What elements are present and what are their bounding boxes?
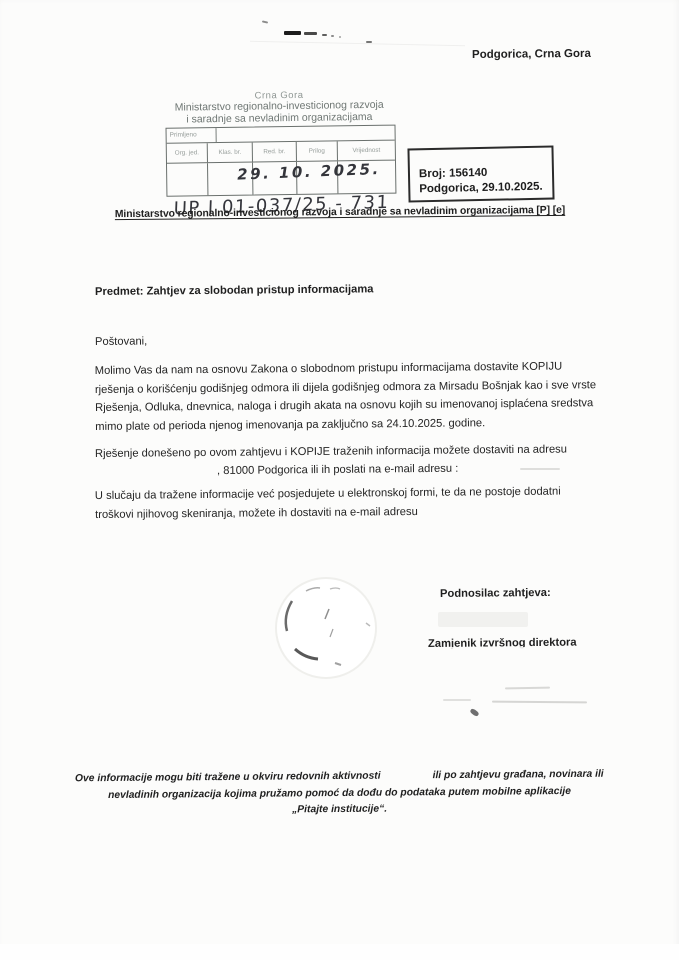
footer-line1-left: Ove informacije mogu biti tražene u okvi… bbox=[75, 769, 381, 788]
body-paragraph-2-line2: , 81000 Podgorica ili ih poslati na e-ma… bbox=[217, 463, 458, 477]
reference-place-date: Podgorica, 29.10.2025. bbox=[419, 180, 552, 198]
footer-note: Ove informacije mogu biti tražene u okvi… bbox=[0, 766, 679, 821]
redaction-smudge bbox=[304, 32, 317, 35]
signature-smudge bbox=[469, 708, 479, 717]
reference-box: Broj: 156140 Podgorica, 29.10.2025. bbox=[407, 145, 554, 202]
signature-smudge bbox=[443, 699, 471, 701]
stamp-col-vrijednost: Vrijednost bbox=[338, 141, 395, 161]
signature-smudge bbox=[492, 701, 587, 704]
stamp-circle-redaction bbox=[273, 569, 379, 687]
salutation: Poštovani, bbox=[95, 335, 147, 348]
received-label: Primljeno bbox=[167, 128, 217, 143]
redaction-smudge bbox=[284, 31, 301, 35]
subject-line: Predmet: Zahtjev za slobodan pristup inf… bbox=[95, 283, 374, 298]
stamp-col-org-jed: Org. jed. bbox=[167, 143, 208, 163]
scan-bottom-strip bbox=[0, 944, 679, 960]
body-paragraph-2-line1: Rješenje donešeno po ovom zahtjevu i KOP… bbox=[95, 440, 567, 463]
scan-artifact-line bbox=[250, 41, 465, 47]
redaction-smudge bbox=[262, 20, 268, 23]
redacted-email-trace bbox=[520, 468, 560, 470]
stamp-col-klas-br: Klas. br. bbox=[208, 143, 253, 163]
paragraph-line: troškovi njihovog skeniranja, možete ih … bbox=[95, 502, 561, 525]
scan-whiteout-strip bbox=[420, 647, 582, 652]
receipt-stamp-table: Primljeno Org. jed. Klas. br. Red. br. P… bbox=[166, 125, 397, 197]
receipt-stamp: Crna Gora Ministarstvo regionalno-invest… bbox=[150, 88, 409, 197]
stamp-col-red-br: Red. br. bbox=[253, 142, 297, 162]
signature-smudge bbox=[505, 687, 550, 690]
redaction-smudge bbox=[331, 35, 334, 37]
stamp-org-line2: i saradnje sa nevladinim organizacijama bbox=[150, 111, 408, 126]
scanned-document-page: Podgorica, Crna Gora Crna Gora Ministars… bbox=[0, 0, 679, 960]
location-dateline: Podgorica, Crna Gora bbox=[472, 48, 591, 61]
redaction-smudge bbox=[339, 36, 341, 38]
paragraph-line: mimo plate od perioda njenog imenovanja … bbox=[95, 413, 596, 436]
applicant-label: Podnosilac zahtjeva: bbox=[440, 587, 551, 600]
redacted-name-strip bbox=[438, 612, 528, 627]
body-paragraph-1: Molimo Vas da nam na osnovu Zakona o slo… bbox=[95, 357, 597, 436]
body-paragraph-3: U slučaju da tražene informacije već pos… bbox=[95, 483, 561, 525]
stamp-col-prilog: Prilog bbox=[297, 141, 338, 161]
footer-line1-right: ili po zahtjevu građana, novinara ili bbox=[432, 767, 603, 785]
redaction-smudge bbox=[322, 34, 327, 36]
